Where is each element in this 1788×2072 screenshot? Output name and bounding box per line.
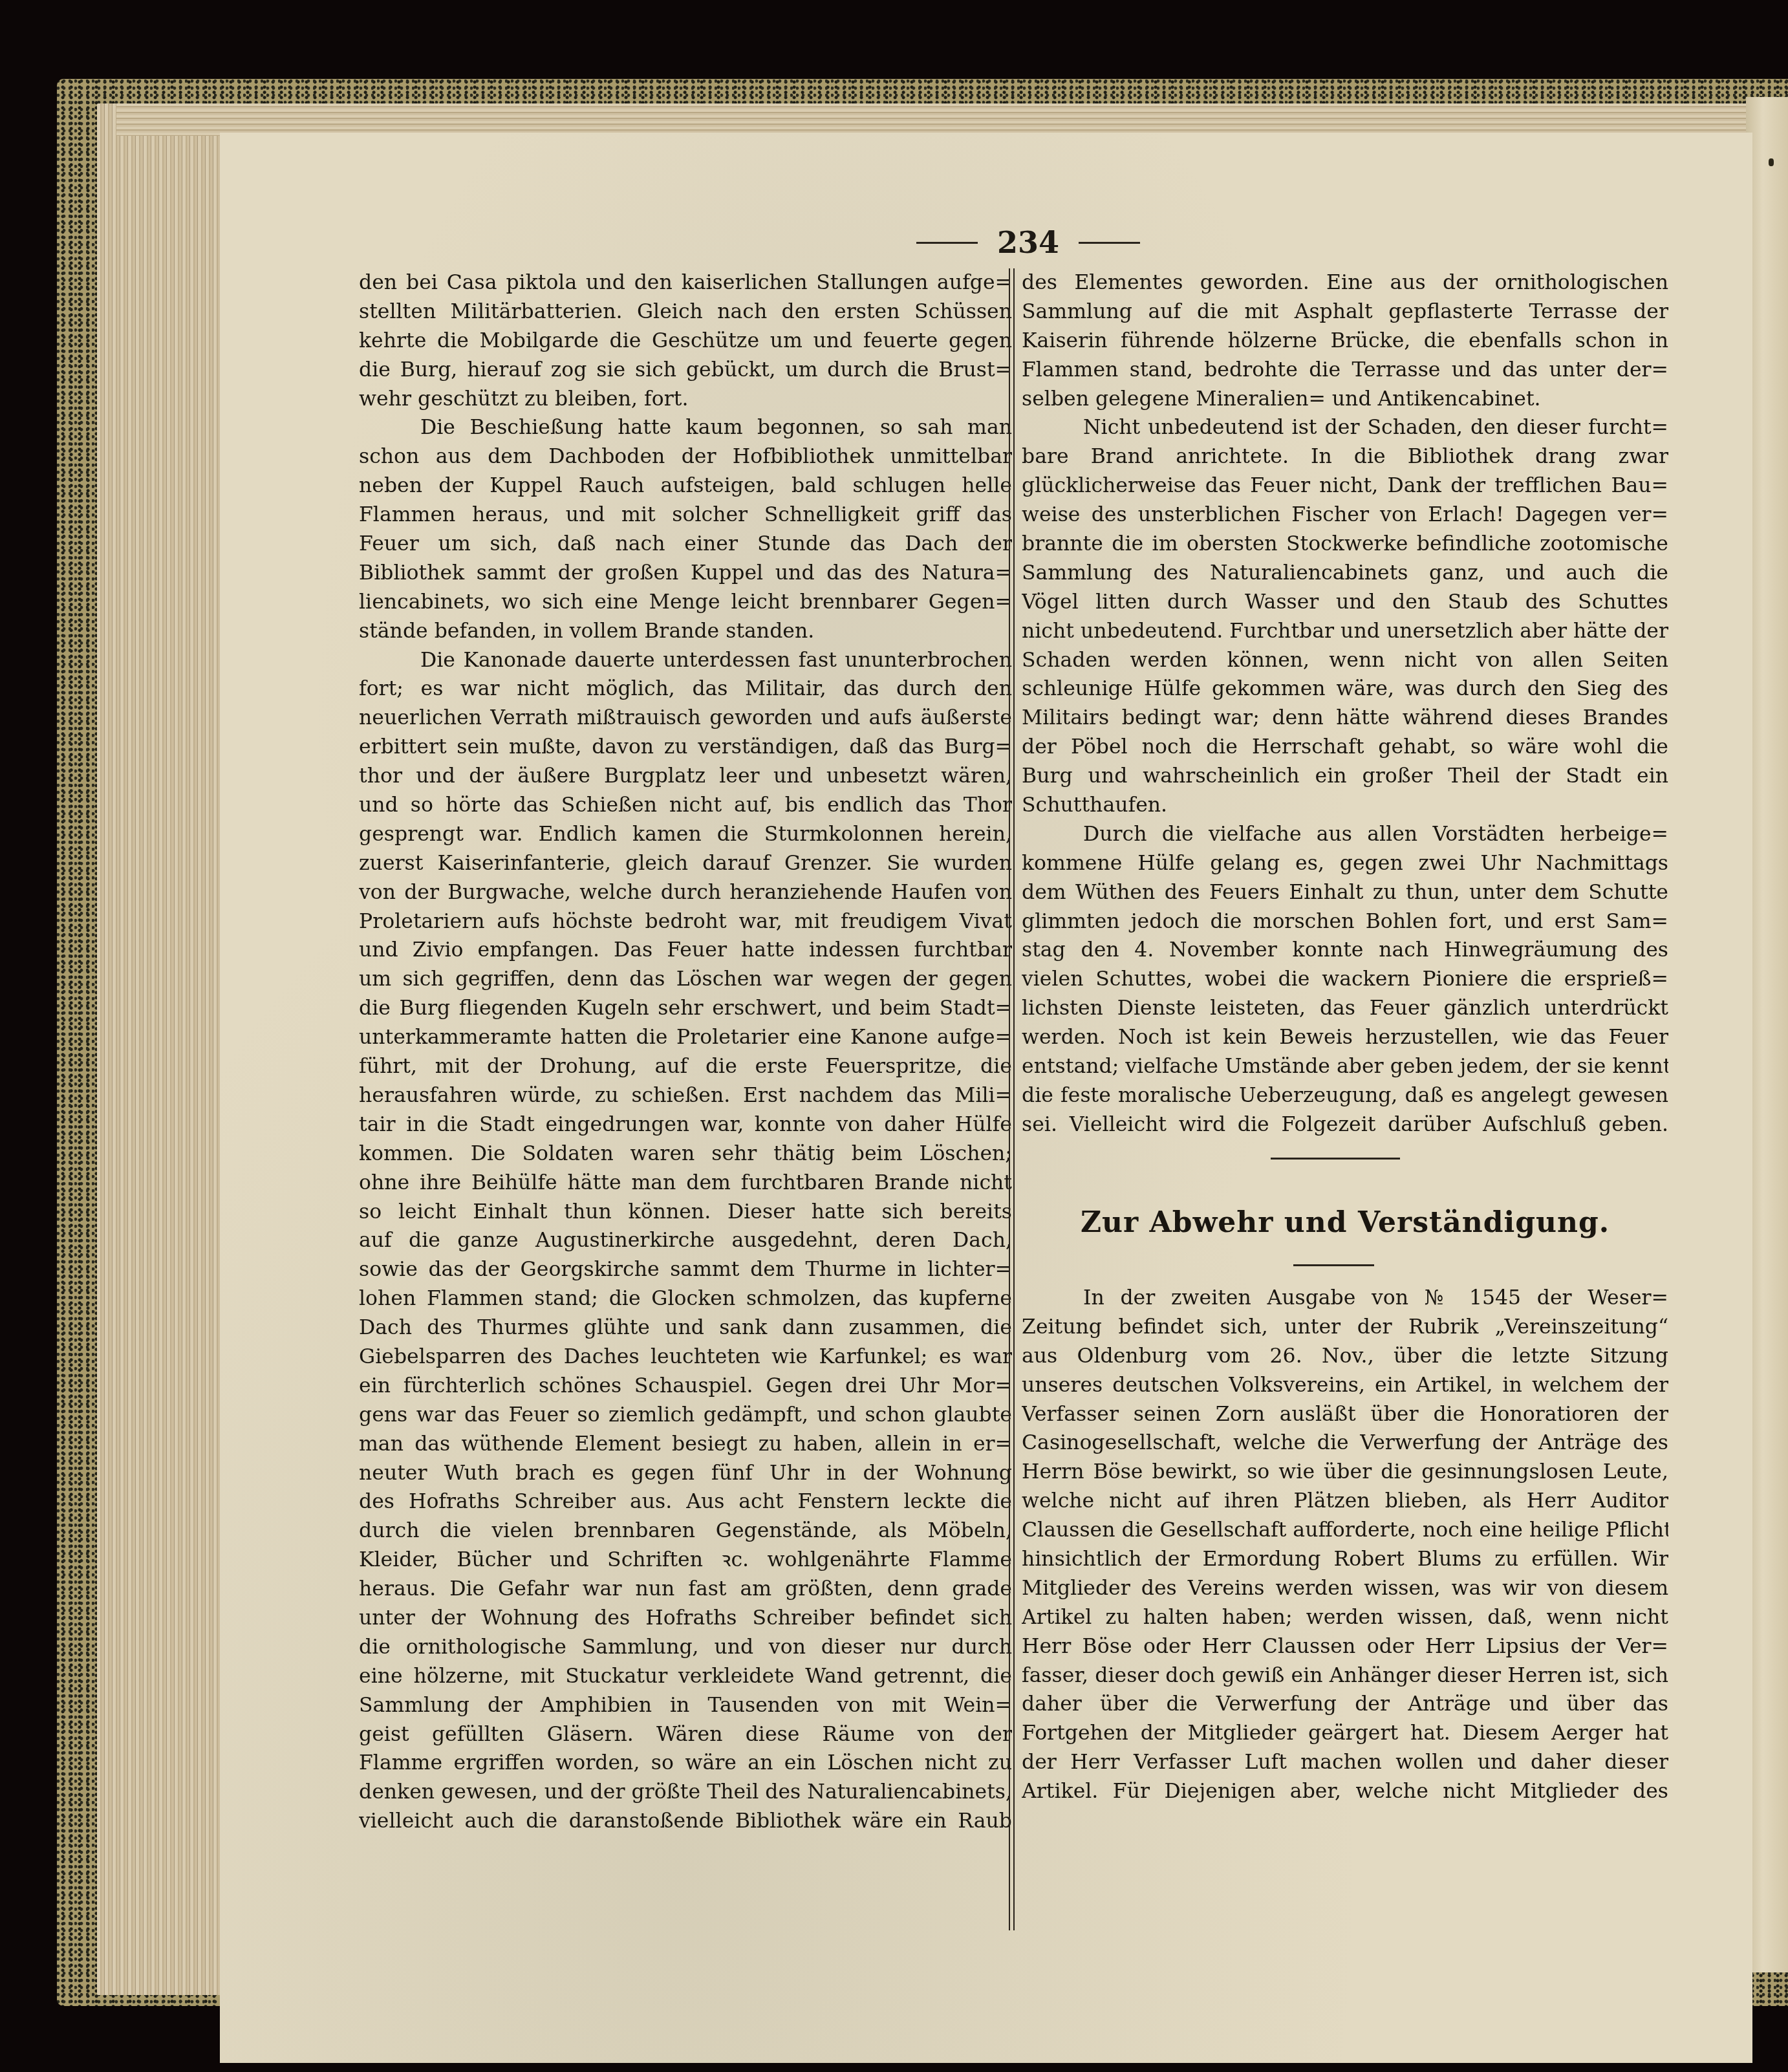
right-column: des Elementes geworden. Eine aus der orn… [1022, 268, 1668, 1139]
text-line: man das wüthende Element besiegt zu habe… [359, 1430, 1012, 1459]
text-line: daher über die Verwerfung der Anträge un… [1022, 1690, 1668, 1719]
page-number: 234 [997, 225, 1059, 260]
text-line: Artikel. Für Diejenigen aber, welche nic… [1022, 1777, 1668, 1806]
text-line: Proletariern aufs höchste bedroht war, m… [359, 907, 1012, 936]
text-line: schleunige Hülfe gekommen wäre, was durc… [1022, 674, 1668, 704]
text-line: Herrn Böse bewirkt, so wie über die gesi… [1022, 1458, 1668, 1487]
text-line: fasser, dieser doch gewiß ein Anhänger d… [1022, 1661, 1668, 1690]
text-line: auf die ganze Augustinerkirche ausgedehn… [359, 1226, 1012, 1255]
text-line: die ornithologische Sammlung, und von di… [359, 1633, 1012, 1662]
gutter-mark [1769, 158, 1774, 166]
text-line: die Burg, hierauf zog sie sich gebückt, … [359, 356, 1012, 385]
text-line: kommene Hülfe gelang es, gegen zwei Uhr … [1022, 849, 1668, 878]
text-line: Sammlung auf die mit Asphalt gepflastert… [1022, 297, 1668, 327]
right-column-section-body: In der zweiten Ausgabe von № 1545 der We… [1022, 1284, 1668, 1806]
text-line: glücklicherweise das Feuer nicht, Dank d… [1022, 471, 1668, 501]
text-line: werden. Noch ist kein Beweis herzustelle… [1022, 1023, 1668, 1052]
text-line: aus Oldenburg vom 26. Nov., über die let… [1022, 1342, 1668, 1371]
text-line: so leicht Einhalt thun können. Dieser ha… [359, 1198, 1012, 1227]
text-line: stände befanden, in vollem Brande stande… [359, 617, 1012, 646]
text-line: Schaden werden können, wenn nicht von al… [1022, 646, 1668, 675]
text-line: Schutthaufen. [1022, 791, 1668, 820]
text-line: sowie das der Georgskirche sammt dem Thu… [359, 1255, 1012, 1284]
text-line: bare Brand anrichtete. In die Bibliothek… [1022, 442, 1668, 471]
text-line: Kaiserin führende hölzerne Brücke, die e… [1022, 327, 1668, 356]
text-line: den bei Casa piktola und den kaiserliche… [359, 268, 1012, 297]
text-line: Flammen stand, bedrohte die Terrasse und… [1022, 356, 1668, 385]
text-line: Bibliothek sammt der großen Kuppel und d… [359, 559, 1012, 588]
page-header: 234 [892, 223, 1164, 262]
page-edges-top [116, 103, 1772, 136]
text-line: von der Burgwache, welche durch heranzie… [359, 878, 1012, 907]
text-line: weise des unsterblichen Fischer von Erla… [1022, 501, 1668, 530]
text-line: liencabinets, wo sich eine Menge leicht … [359, 588, 1012, 617]
text-line: neuerlichen Verrath mißtrauisch geworden… [359, 704, 1012, 733]
text-line: Kleider, Bücher und Schriften ꝛc. wohlge… [359, 1546, 1012, 1575]
text-line: Die Kanonade dauerte unterdessen fast un… [359, 646, 1012, 675]
text-line: Die Beschießung hatte kaum begonnen, so … [359, 413, 1012, 442]
text-line: unseres deutschen Volksvereins, ein Arti… [1022, 1371, 1668, 1400]
text-line: eine hölzerne, mit Stuckatur verkleidete… [359, 1662, 1012, 1691]
text-line: wehr geschützt zu bleiben, fort. [359, 385, 1012, 414]
text-line: gens war das Feuer so ziemlich gedämpft,… [359, 1401, 1012, 1430]
text-line: neben der Kuppel Rauch aufsteigen, bald … [359, 471, 1012, 501]
text-line: geist gefüllten Gläsern. Wären diese Räu… [359, 1720, 1012, 1749]
text-line: Feuer um sich, daß nach einer Stunde das… [359, 530, 1012, 559]
text-line: entstand; vielfache Umstände aber geben … [1022, 1052, 1668, 1081]
text-line: heraus. Die Gefahr war nun fast am größt… [359, 1575, 1012, 1604]
text-line: fort; es war nicht möglich, das Militair… [359, 674, 1012, 704]
header-rule-right [1079, 242, 1140, 244]
text-line: schon aus dem Dachboden der Hofbibliothe… [359, 442, 1012, 471]
text-line: des Hofraths Schreiber aus. Aus acht Fen… [359, 1487, 1012, 1516]
text-line: glimmten jedoch die morschen Bohlen fort… [1022, 907, 1668, 936]
text-line: Claussen die Gesellschaft aufforderte, n… [1022, 1516, 1668, 1545]
text-line: brannte die im obersten Stockwerke befin… [1022, 530, 1668, 559]
text-line: unterkammeramte hatten die Proletarier e… [359, 1023, 1012, 1052]
text-line: Giebelsparren des Daches leuchteten wie … [359, 1343, 1012, 1372]
text-line: und so hörte das Schießen nicht auf, bis… [359, 791, 1012, 820]
text-line: stag den 4. November konnte nach Hinwegr… [1022, 936, 1668, 965]
text-line: denken gewesen, und der größte Theil des… [359, 1778, 1012, 1807]
text-line: Nicht unbedeutend ist der Schaden, den d… [1022, 413, 1668, 442]
text-line: Durch die vielfache aus allen Vorstädten… [1022, 820, 1668, 849]
text-line: unter der Wohnung des Hofraths Schreiber… [359, 1604, 1012, 1633]
text-line: kehrte die Mobilgarde die Geschütze um u… [359, 327, 1012, 356]
section-heading: Zur Abwehr und Verständigung. [1022, 1206, 1668, 1239]
text-line: stellten Militärbatterien. Gleich nach d… [359, 297, 1012, 327]
text-line: lichsten Dienste leisteten, das Feuer gä… [1022, 994, 1668, 1023]
text-line: erbittert sein mußte, davon zu verständi… [359, 733, 1012, 762]
text-line: nicht unbedeutend. Furchtbar und unerset… [1022, 617, 1668, 646]
text-line: Flammen heraus, und mit solcher Schnelli… [359, 501, 1012, 530]
page-edges-stack [97, 103, 226, 1995]
text-line: Sammlung der Amphibien in Tausenden von … [359, 1691, 1012, 1720]
text-line: vielen Schuttes, wobei die wackern Pioni… [1022, 965, 1668, 994]
text-line: Zeitung befindet sich, unter der Rubrik … [1022, 1313, 1668, 1342]
text-line: Sammlung des Naturaliencabinets ganz, un… [1022, 559, 1668, 588]
text-line: kommen. Die Soldaten waren sehr thätig b… [359, 1139, 1012, 1169]
text-line: durch die vielen brennbaren Gegenstände,… [359, 1516, 1012, 1546]
text-line: führt, mit der Drohung, auf die erste Fe… [359, 1052, 1012, 1081]
text-line: des Elementes geworden. Eine aus der orn… [1022, 268, 1668, 297]
text-line: gesprengt war. Endlich kamen die Sturmko… [359, 820, 1012, 849]
text-line: zuerst Kaiserinfanterie, gleich darauf G… [359, 849, 1012, 878]
left-column: den bei Casa piktola und den kaiserliche… [359, 268, 1012, 1836]
text-line: Fortgehen der Mitglieder geärgert hat. D… [1022, 1719, 1668, 1748]
text-line: selben gelegene Mineralien= und Antikenc… [1022, 385, 1668, 414]
section-separator-rule [1271, 1158, 1400, 1160]
text-line: Verfasser seinen Zorn ausläßt über die H… [1022, 1400, 1668, 1429]
text-line: die Burg fliegenden Kugeln sehr erschwer… [359, 994, 1012, 1023]
text-line: Artikel zu halten haben; werden wissen, … [1022, 1603, 1668, 1632]
text-line: thor und der äußere Burgplatz leer und u… [359, 762, 1012, 791]
text-line: ein fürchterlich schönes Schauspiel. Geg… [359, 1372, 1012, 1401]
text-line: neuter Wuth brach es gegen fünf Uhr in d… [359, 1459, 1012, 1488]
text-line: und Zivio empfangen. Das Feuer hatte ind… [359, 936, 1012, 965]
text-line: Casinogesellschaft, welche die Verwerfun… [1022, 1429, 1668, 1458]
text-line: welche nicht auf ihren Plätzen blieben, … [1022, 1487, 1668, 1516]
text-line: um sich gegriffen, denn das Löschen war … [359, 965, 1012, 994]
text-line: Militairs bedingt war; denn hätte währen… [1022, 704, 1668, 733]
text-line: Vögel litten durch Wasser und den Staub … [1022, 588, 1668, 617]
text-line: Flamme ergriffen worden, so wäre an ein … [359, 1749, 1012, 1778]
column-divider [1009, 268, 1015, 1930]
text-line: Herr Böse oder Herr Claussen oder Herr L… [1022, 1632, 1668, 1661]
header-rule-left [916, 242, 978, 244]
text-line: hinsichtlich der Ermordung Robert Blums … [1022, 1545, 1668, 1574]
text-line: der Herr Verfasser Luft machen wollen un… [1022, 1748, 1668, 1777]
text-line: Dach des Thurmes glühte und sank dann zu… [359, 1313, 1012, 1343]
text-line: der Pöbel noch die Herrschaft gehabt, so… [1022, 733, 1668, 762]
text-line: die feste moralische Ueberzeugung, daß e… [1022, 1081, 1668, 1110]
text-line: Mitglieder des Vereins werden wissen, wa… [1022, 1574, 1668, 1603]
text-line: dem Wüthen des Feuers Einhalt zu thun, u… [1022, 878, 1668, 907]
text-line: tair in die Stadt eingedrungen war, konn… [359, 1110, 1012, 1139]
text-line: Burg und wahrscheinlich ein großer Theil… [1022, 762, 1668, 791]
text-line: lohen Flammen stand; die Glocken schmolz… [359, 1284, 1012, 1313]
text-line: ohne ihre Beihülfe hätte man dem furchtb… [359, 1169, 1012, 1198]
text-line: sei. Vielleicht wird die Folgezeit darüb… [1022, 1110, 1668, 1139]
text-line: herausfahren würde, zu schießen. Erst na… [359, 1081, 1012, 1110]
heading-underline-rule [1293, 1264, 1374, 1266]
text-line: vielleicht auch die daranstoßende Biblio… [359, 1807, 1012, 1836]
text-line: In der zweiten Ausgabe von № 1545 der We… [1022, 1284, 1668, 1313]
